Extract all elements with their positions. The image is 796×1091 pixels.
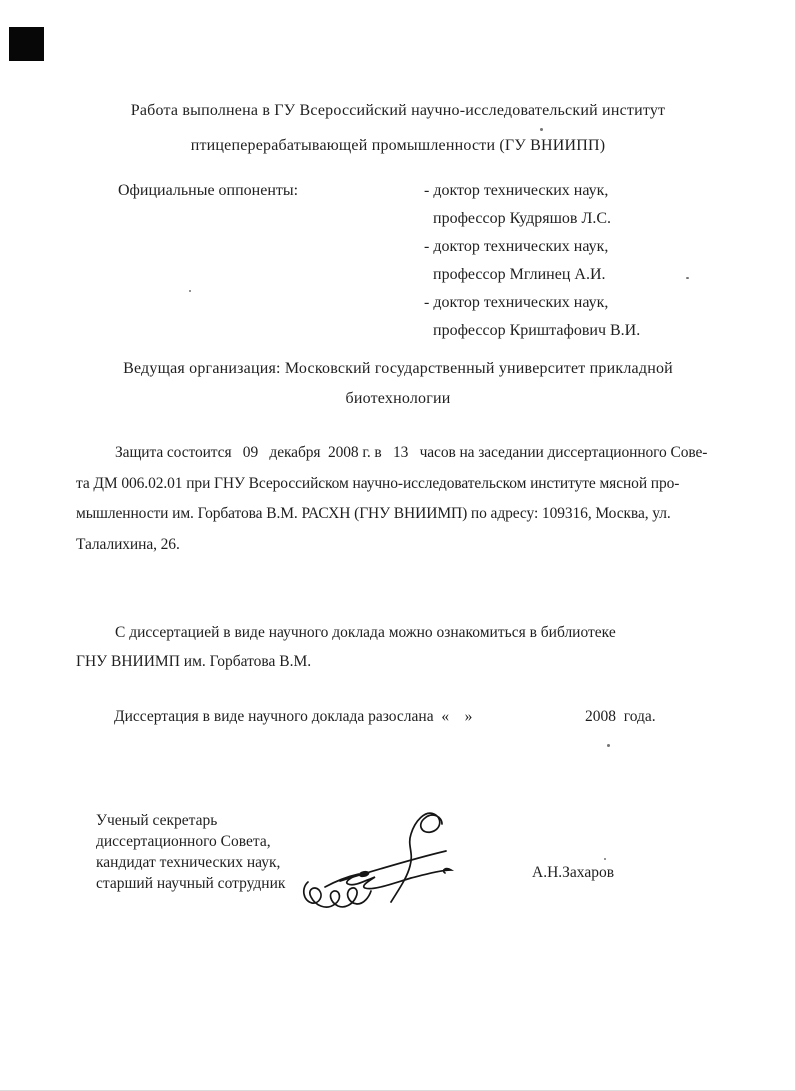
defense-line4: Талалихина, 26.: [76, 530, 707, 561]
mailing-year: 2008 года.: [585, 708, 656, 726]
secretary-name: А.Н.Захаров: [532, 864, 614, 882]
opponent-degree: - доктор технических наук,: [424, 233, 640, 261]
scan-speck: [189, 290, 191, 292]
defense-paragraph: Защита состоится 09 декабря 2008 г. в 13…: [76, 438, 707, 560]
opponents-list: - доктор технических наук, профессор Куд…: [424, 177, 640, 345]
signature-handwriting: [298, 790, 483, 930]
scan-speck: [607, 744, 610, 747]
opponent-degree: - доктор технических наук,: [424, 289, 640, 317]
defense-line3: мышленности им. Горбатова В.М. РАСХН (ГН…: [76, 499, 707, 530]
opponent-name: профессор Кудряшов Л.С.: [424, 205, 640, 233]
defense-line1: Защита состоится 09 декабря 2008 г. в 13…: [76, 438, 707, 469]
library-line1: С диссертацией в виде научного доклада м…: [76, 618, 616, 647]
library-paragraph: С диссертацией в виде научного доклада м…: [76, 618, 616, 676]
document-page: Работа выполнена в ГУ Всероссийский науч…: [0, 0, 796, 1091]
defense-line2: та ДМ 006.02.01 при ГНУ Всероссийском на…: [76, 469, 707, 500]
affiliation-line2: птицеперерабатывающей промышленности (ГУ…: [0, 128, 796, 163]
opponent-name: профессор Криштафович В.И.: [424, 317, 640, 345]
opponent-degree: - доктор технических наук,: [424, 177, 640, 205]
secretary-line4: старший научный сотрудник: [96, 873, 285, 894]
scan-speck: [604, 858, 606, 860]
mailing-text: Диссертация в виде научного доклада разо…: [114, 708, 472, 726]
secretary-line1: Ученый секретарь: [96, 810, 285, 831]
opponent-name: профессор Мглинец А.И.: [424, 261, 640, 289]
scan-speck: [686, 277, 689, 279]
scan-speck: [540, 128, 543, 131]
leading-organization-line2: биотехнологии: [0, 384, 796, 414]
secretary-line3: кандидат технических наук,: [96, 852, 285, 873]
redaction-mark: [9, 27, 44, 61]
library-line2: ГНУ ВНИИМП им. Горбатова В.М.: [76, 647, 616, 676]
secretary-block: Ученый секретарь диссертационного Совета…: [96, 810, 285, 894]
leading-organization-line1: Ведущая организация: Московский государс…: [0, 354, 796, 384]
leading-organization: Ведущая организация: Московский государс…: [0, 354, 796, 414]
opponents-label: Официальные оппоненты:: [118, 177, 298, 205]
affiliation-line1: Работа выполнена в ГУ Всероссийский науч…: [0, 93, 796, 128]
affiliation-heading: Работа выполнена в ГУ Всероссийский науч…: [0, 93, 796, 163]
secretary-line2: диссертационного Совета,: [96, 831, 285, 852]
